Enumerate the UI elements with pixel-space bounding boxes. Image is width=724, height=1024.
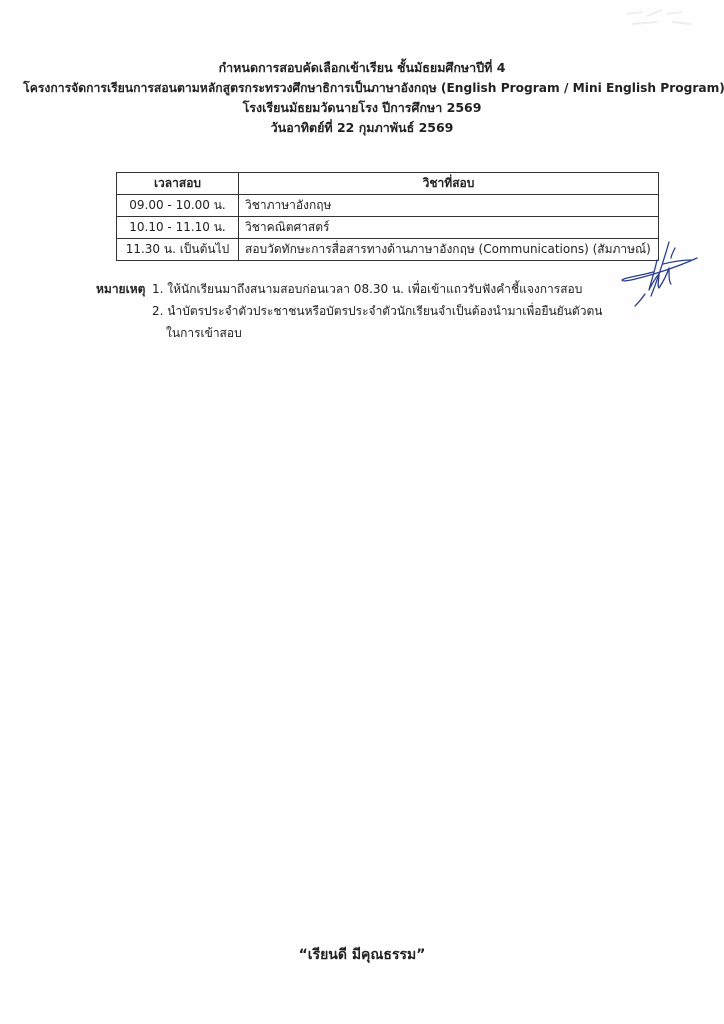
table-row: 11.30 น. เป็นต้นไป สอบวัดทักษะการสื่อสาร… xyxy=(117,239,659,261)
document-page: กำหนดการสอบคัดเลือกเข้าเรียน ชั้นมัธยมศึ… xyxy=(0,0,724,1024)
table-header-row: เวลาสอบ วิชาที่สอบ xyxy=(117,173,659,195)
school-motto: “เรียนดี มีคุณธรรม” xyxy=(0,944,724,966)
exam-subject: วิชาคณิตศาสตร์ xyxy=(239,217,659,239)
note-text: ในการเข้าสอบ xyxy=(152,322,242,344)
header-program: โครงการจัดการเรียนการสอนตามหลักสูตรกระทร… xyxy=(12,78,724,98)
document-header: กำหนดการสอบคัดเลือกเข้าเรียน ชั้นมัธยมศึ… xyxy=(0,58,724,138)
exam-schedule-table: เวลาสอบ วิชาที่สอบ 09.00 - 10.00 น. วิชา… xyxy=(116,172,659,261)
header-title: กำหนดการสอบคัดเลือกเข้าเรียน ชั้นมัธยมศึ… xyxy=(0,58,724,78)
signature xyxy=(605,238,705,308)
exam-subject: สอบวัดทักษะการสื่อสารทางด้านภาษาอังกฤษ (… xyxy=(239,239,659,261)
table-row: 09.00 - 10.00 น. วิชาภาษาอังกฤษ xyxy=(117,195,659,217)
note-text: 1. ให้นักเรียนมาถึงสนามสอบก่อนเวลา 08.30… xyxy=(152,278,582,300)
notes-section: หมายเหตุ 1. ให้นักเรียนมาถึงสนามสอบก่อนเ… xyxy=(96,278,602,344)
column-header-subject: วิชาที่สอบ xyxy=(239,173,659,195)
faint-corner-mark xyxy=(622,4,702,34)
note-text: 2. นำบัตรประจำตัวประชาชนหรือบัตรประจำตัว… xyxy=(152,300,602,322)
column-header-time: เวลาสอบ xyxy=(117,173,239,195)
exam-time: 09.00 - 10.00 น. xyxy=(117,195,239,217)
note-item: 2. นำบัตรประจำตัวประชาชนหรือบัตรประจำตัว… xyxy=(96,300,602,322)
exam-subject: วิชาภาษาอังกฤษ xyxy=(239,195,659,217)
table-row: 10.10 - 11.10 น. วิชาคณิตศาสตร์ xyxy=(117,217,659,239)
exam-time: 11.30 น. เป็นต้นไป xyxy=(117,239,239,261)
notes-label: หมายเหตุ xyxy=(96,278,152,300)
note-continuation: ในการเข้าสอบ xyxy=(96,322,602,344)
header-school: โรงเรียนมัธยมวัดนายโรง ปีการศึกษา 2569 xyxy=(0,98,724,118)
note-item: หมายเหตุ 1. ให้นักเรียนมาถึงสนามสอบก่อนเ… xyxy=(96,278,602,300)
exam-time: 10.10 - 11.10 น. xyxy=(117,217,239,239)
header-date: วันอาทิตย์ที่ 22 กุมภาพันธ์ 2569 xyxy=(0,118,724,138)
